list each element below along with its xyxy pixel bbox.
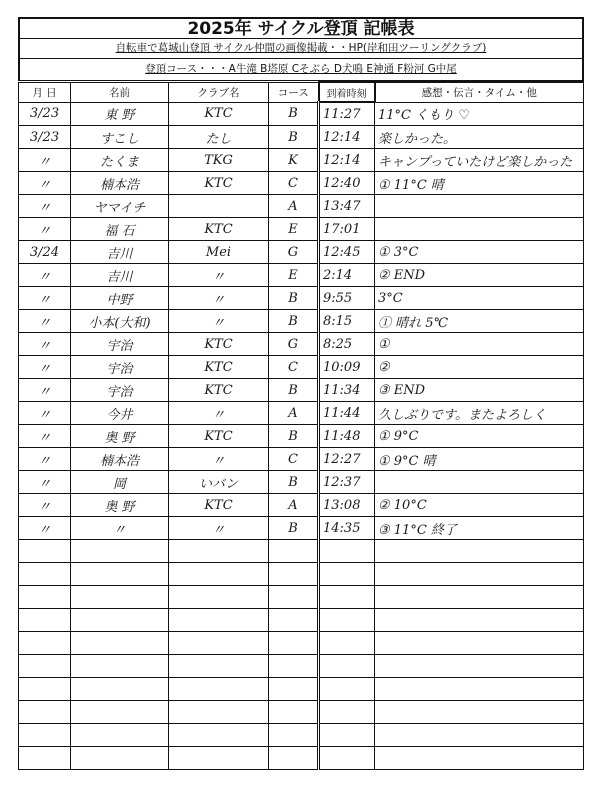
cell-time: 12:37: [319, 471, 375, 494]
cell-memo-empty: [375, 678, 584, 701]
cell-memo-empty: [375, 701, 584, 724]
cell-course: G: [269, 333, 319, 356]
cell-course: B: [269, 471, 319, 494]
table-row: 〃今井〃A11:44久しぶりです。またよろしく: [19, 402, 584, 425]
cell-course: B: [269, 425, 319, 448]
col-header-course: コース: [269, 82, 319, 102]
cell-name: 〃: [71, 517, 169, 540]
cell-date: 〃: [19, 333, 71, 356]
cell-club: KTC: [169, 379, 269, 402]
cell-time: 11:44: [319, 402, 375, 425]
cell-course: B: [269, 102, 319, 126]
cell-course-empty: [269, 747, 319, 770]
cell-club-empty: [169, 655, 269, 678]
col-header-memo: 感想・伝言・タイム・他: [375, 82, 584, 102]
cell-name: ヤマイチ: [71, 195, 169, 218]
cell-name: 中野: [71, 287, 169, 310]
cell-time: 9:55: [319, 287, 375, 310]
cell-time: 13:47: [319, 195, 375, 218]
cell-name-empty: [71, 540, 169, 563]
cell-course: C: [269, 172, 319, 195]
log-body: 3/23東 野KTCB11:2711°C くもり ♡3/23すこしたしB12:1…: [19, 102, 584, 770]
cell-memo: ①: [375, 333, 584, 356]
cell-memo-empty: [375, 655, 584, 678]
cell-name: 宇治: [71, 356, 169, 379]
empty-row: [19, 655, 584, 678]
table-row: 〃楠本浩KTCC12:40① 11°C 晴: [19, 172, 584, 195]
sheet-title: 2025年 サイクル登頂 記帳表: [18, 17, 584, 39]
course-legend-text: 登頂コース・・・A牛滝 B塔原 Cそぶら D犬鳴 E神通 F粉河 G中尾: [145, 63, 457, 75]
cell-course: G: [269, 241, 319, 264]
cell-date: 〃: [19, 425, 71, 448]
cell-name: 奥 野: [71, 494, 169, 517]
cell-time-empty: [319, 655, 375, 678]
cell-date-empty: [19, 563, 71, 586]
cell-course: B: [269, 287, 319, 310]
cell-club-empty: [169, 701, 269, 724]
table-row: 〃岡いバンB12:37: [19, 471, 584, 494]
cell-memo: 楽しかった。: [375, 126, 584, 149]
cell-name: 吉川: [71, 264, 169, 287]
cell-name-empty: [71, 678, 169, 701]
table-row: 〃ヤマイチA13:47: [19, 195, 584, 218]
table-row: 〃中野〃B9:553°C: [19, 287, 584, 310]
cell-memo: ③ END: [375, 379, 584, 402]
empty-row: [19, 540, 584, 563]
table-row: 〃奥 野KTCA13:08② 10°C: [19, 494, 584, 517]
cell-club-empty: [169, 724, 269, 747]
cell-time: 14:35: [319, 517, 375, 540]
cell-course: A: [269, 494, 319, 517]
cell-memo-empty: [375, 632, 584, 655]
cell-date-empty: [19, 540, 71, 563]
cell-memo-empty: [375, 747, 584, 770]
cell-club-empty: [169, 747, 269, 770]
table-row: 〃〃〃B14:35③ 11°C 終了: [19, 517, 584, 540]
cell-name-empty: [71, 747, 169, 770]
col-header-time: 到着時刻: [319, 82, 375, 102]
cell-course: B: [269, 310, 319, 333]
cell-name-empty: [71, 563, 169, 586]
table-row: 〃宇治KTCB11:34③ END: [19, 379, 584, 402]
cell-name: 福 石: [71, 218, 169, 241]
empty-row: [19, 678, 584, 701]
cell-club-empty: [169, 540, 269, 563]
cell-name: 小本(大和): [71, 310, 169, 333]
cell-date-empty: [19, 655, 71, 678]
log-sheet: 2025年 サイクル登頂 記帳表 自転車で葛城山登頂 サイクル仲間の画像掲載・・…: [18, 17, 584, 771]
cell-course: B: [269, 126, 319, 149]
cell-name: たくま: [71, 149, 169, 172]
cell-course-empty: [269, 678, 319, 701]
col-header-club: クラブ名: [169, 82, 269, 102]
cell-course: E: [269, 264, 319, 287]
cell-time-empty: [319, 540, 375, 563]
cell-time-empty: [319, 747, 375, 770]
cell-memo-empty: [375, 724, 584, 747]
cell-club: KTC: [169, 102, 269, 126]
cell-date-empty: [19, 609, 71, 632]
cell-course: A: [269, 402, 319, 425]
cell-date-empty: [19, 586, 71, 609]
cell-club: KTC: [169, 218, 269, 241]
cell-time: 12:45: [319, 241, 375, 264]
cell-course-empty: [269, 701, 319, 724]
cell-date: 〃: [19, 402, 71, 425]
cell-name: 今井: [71, 402, 169, 425]
cell-memo-empty: [375, 586, 584, 609]
cell-memo: ② END: [375, 264, 584, 287]
cell-time: 11:34: [319, 379, 375, 402]
cell-memo-empty: [375, 609, 584, 632]
table-row: 〃宇治KTCG8:25①: [19, 333, 584, 356]
cell-memo: ① 11°C 晴: [375, 172, 584, 195]
empty-row: [19, 586, 584, 609]
cell-memo-empty: [375, 540, 584, 563]
cell-memo: 11°C くもり ♡: [375, 102, 584, 126]
cell-time-empty: [319, 701, 375, 724]
cell-course: B: [269, 517, 319, 540]
cell-name: 東 野: [71, 102, 169, 126]
cell-club: Mei: [169, 241, 269, 264]
cell-course-empty: [269, 540, 319, 563]
cell-course-empty: [269, 609, 319, 632]
cell-club: KTC: [169, 172, 269, 195]
cell-club-empty: [169, 632, 269, 655]
cell-time-empty: [319, 724, 375, 747]
cell-time: 10:09: [319, 356, 375, 379]
cell-time: 17:01: [319, 218, 375, 241]
cell-club: [169, 195, 269, 218]
cell-date: 〃: [19, 356, 71, 379]
cell-time-empty: [319, 678, 375, 701]
cell-club-empty: [169, 563, 269, 586]
table-row: 〃宇治KTCC10:09②: [19, 356, 584, 379]
cell-club: 〃: [169, 310, 269, 333]
empty-row: [19, 701, 584, 724]
cell-memo: ① 3°C: [375, 241, 584, 264]
cell-memo: キャンプっていたけど楽しかった: [375, 149, 584, 172]
cell-name: 楠本浩: [71, 172, 169, 195]
cell-date-empty: [19, 678, 71, 701]
cell-date: 〃: [19, 471, 71, 494]
col-header-date: 月 日: [19, 82, 71, 102]
cell-date: 〃: [19, 172, 71, 195]
cell-name-empty: [71, 655, 169, 678]
cell-course: E: [269, 218, 319, 241]
cell-name: 宇治: [71, 333, 169, 356]
cell-name: 宇治: [71, 379, 169, 402]
cell-name-empty: [71, 632, 169, 655]
header-row: 月 日 名前 クラブ名 コース 到着時刻 感想・伝言・タイム・他: [19, 82, 584, 102]
cell-date: 〃: [19, 448, 71, 471]
cell-club: たし: [169, 126, 269, 149]
cell-date: 〃: [19, 218, 71, 241]
log-table: 月 日 名前 クラブ名 コース 到着時刻 感想・伝言・タイム・他 3/23東 野…: [18, 81, 584, 770]
subtitle-text: 自転車で葛城山登頂 サイクル仲間の画像掲載・・HP(岸和田ツーリングクラブ): [116, 42, 487, 54]
cell-date: 〃: [19, 310, 71, 333]
cell-memo: [375, 471, 584, 494]
cell-time: 12:14: [319, 149, 375, 172]
cell-course: A: [269, 195, 319, 218]
cell-name: 楠本浩: [71, 448, 169, 471]
cell-date: 3/23: [19, 102, 71, 126]
cell-memo: 3°C: [375, 287, 584, 310]
cell-course-empty: [269, 655, 319, 678]
cell-date: 〃: [19, 379, 71, 402]
cell-time: 12:27: [319, 448, 375, 471]
cell-name-empty: [71, 701, 169, 724]
table-row: 3/23東 野KTCB11:2711°C くもり ♡: [19, 102, 584, 126]
table-row: 3/24吉川MeiG12:45① 3°C: [19, 241, 584, 264]
cell-club: TKG: [169, 149, 269, 172]
cell-date: 〃: [19, 149, 71, 172]
empty-row: [19, 563, 584, 586]
cell-course: B: [269, 379, 319, 402]
empty-row: [19, 747, 584, 770]
cell-memo: ① 9°C 晴: [375, 448, 584, 471]
table-row: 〃吉川〃E2:14② END: [19, 264, 584, 287]
cell-course-empty: [269, 586, 319, 609]
cell-time-empty: [319, 632, 375, 655]
cell-memo: ② 10°C: [375, 494, 584, 517]
cell-club-empty: [169, 586, 269, 609]
cell-course: C: [269, 356, 319, 379]
cell-club: 〃: [169, 448, 269, 471]
cell-course-empty: [269, 563, 319, 586]
cell-club: 〃: [169, 517, 269, 540]
cell-date: 3/24: [19, 241, 71, 264]
cell-time: 12:40: [319, 172, 375, 195]
cell-memo: ③ 11°C 終了: [375, 517, 584, 540]
cell-date-empty: [19, 632, 71, 655]
cell-course: C: [269, 448, 319, 471]
cell-name: 吉川: [71, 241, 169, 264]
table-row: 〃たくまTKGK12:14キャンプっていたけど楽しかった: [19, 149, 584, 172]
cell-memo-empty: [375, 563, 584, 586]
cell-club: KTC: [169, 494, 269, 517]
cell-name: 岡: [71, 471, 169, 494]
cell-date: 〃: [19, 287, 71, 310]
cell-club: KTC: [169, 356, 269, 379]
cell-date-empty: [19, 747, 71, 770]
cell-course-empty: [269, 724, 319, 747]
cell-time: 2:14: [319, 264, 375, 287]
cell-memo: 久しぶりです。またよろしく: [375, 402, 584, 425]
cell-club-empty: [169, 609, 269, 632]
cell-date-empty: [19, 724, 71, 747]
cell-name: 奥 野: [71, 425, 169, 448]
col-header-name: 名前: [71, 82, 169, 102]
cell-club: KTC: [169, 333, 269, 356]
cell-club: KTC: [169, 425, 269, 448]
cell-memo: [375, 218, 584, 241]
cell-time: 11:27: [319, 102, 375, 126]
cell-club: 〃: [169, 264, 269, 287]
table-row: 3/23すこしたしB12:14楽しかった。: [19, 126, 584, 149]
cell-course-empty: [269, 632, 319, 655]
cell-date: 〃: [19, 195, 71, 218]
cell-time-empty: [319, 609, 375, 632]
cell-date: 〃: [19, 494, 71, 517]
cell-memo: ②: [375, 356, 584, 379]
cell-club: 〃: [169, 402, 269, 425]
cell-memo: ① 9°C: [375, 425, 584, 448]
cell-club-empty: [169, 678, 269, 701]
cell-date: 〃: [19, 264, 71, 287]
cell-time-empty: [319, 586, 375, 609]
cell-date: 3/23: [19, 126, 71, 149]
cell-time: 8:25: [319, 333, 375, 356]
cell-memo: ① 晴れ 5℃: [375, 310, 584, 333]
cell-date: 〃: [19, 517, 71, 540]
cell-date-empty: [19, 701, 71, 724]
cell-time: 8:15: [319, 310, 375, 333]
cell-name-empty: [71, 586, 169, 609]
sheet-subtitle: 自転車で葛城山登頂 サイクル仲間の画像掲載・・HP(岸和田ツーリングクラブ): [18, 39, 584, 59]
cell-time: 11:48: [319, 425, 375, 448]
cell-name-empty: [71, 724, 169, 747]
empty-row: [19, 609, 584, 632]
cell-time-empty: [319, 563, 375, 586]
empty-row: [19, 632, 584, 655]
course-legend: 登頂コース・・・A牛滝 B塔原 Cそぶら D犬鳴 E神通 F粉河 G中尾: [18, 59, 584, 81]
cell-time: 13:08: [319, 494, 375, 517]
cell-memo: [375, 195, 584, 218]
cell-club: いバン: [169, 471, 269, 494]
table-row: 〃奥 野KTCB11:48① 9°C: [19, 425, 584, 448]
table-row: 〃楠本浩〃C12:27① 9°C 晴: [19, 448, 584, 471]
empty-row: [19, 724, 584, 747]
table-row: 〃小本(大和)〃B8:15① 晴れ 5℃: [19, 310, 584, 333]
cell-time: 12:14: [319, 126, 375, 149]
table-row: 〃福 石KTCE17:01: [19, 218, 584, 241]
cell-club: 〃: [169, 287, 269, 310]
cell-name: すこし: [71, 126, 169, 149]
cell-course: K: [269, 149, 319, 172]
cell-name-empty: [71, 609, 169, 632]
